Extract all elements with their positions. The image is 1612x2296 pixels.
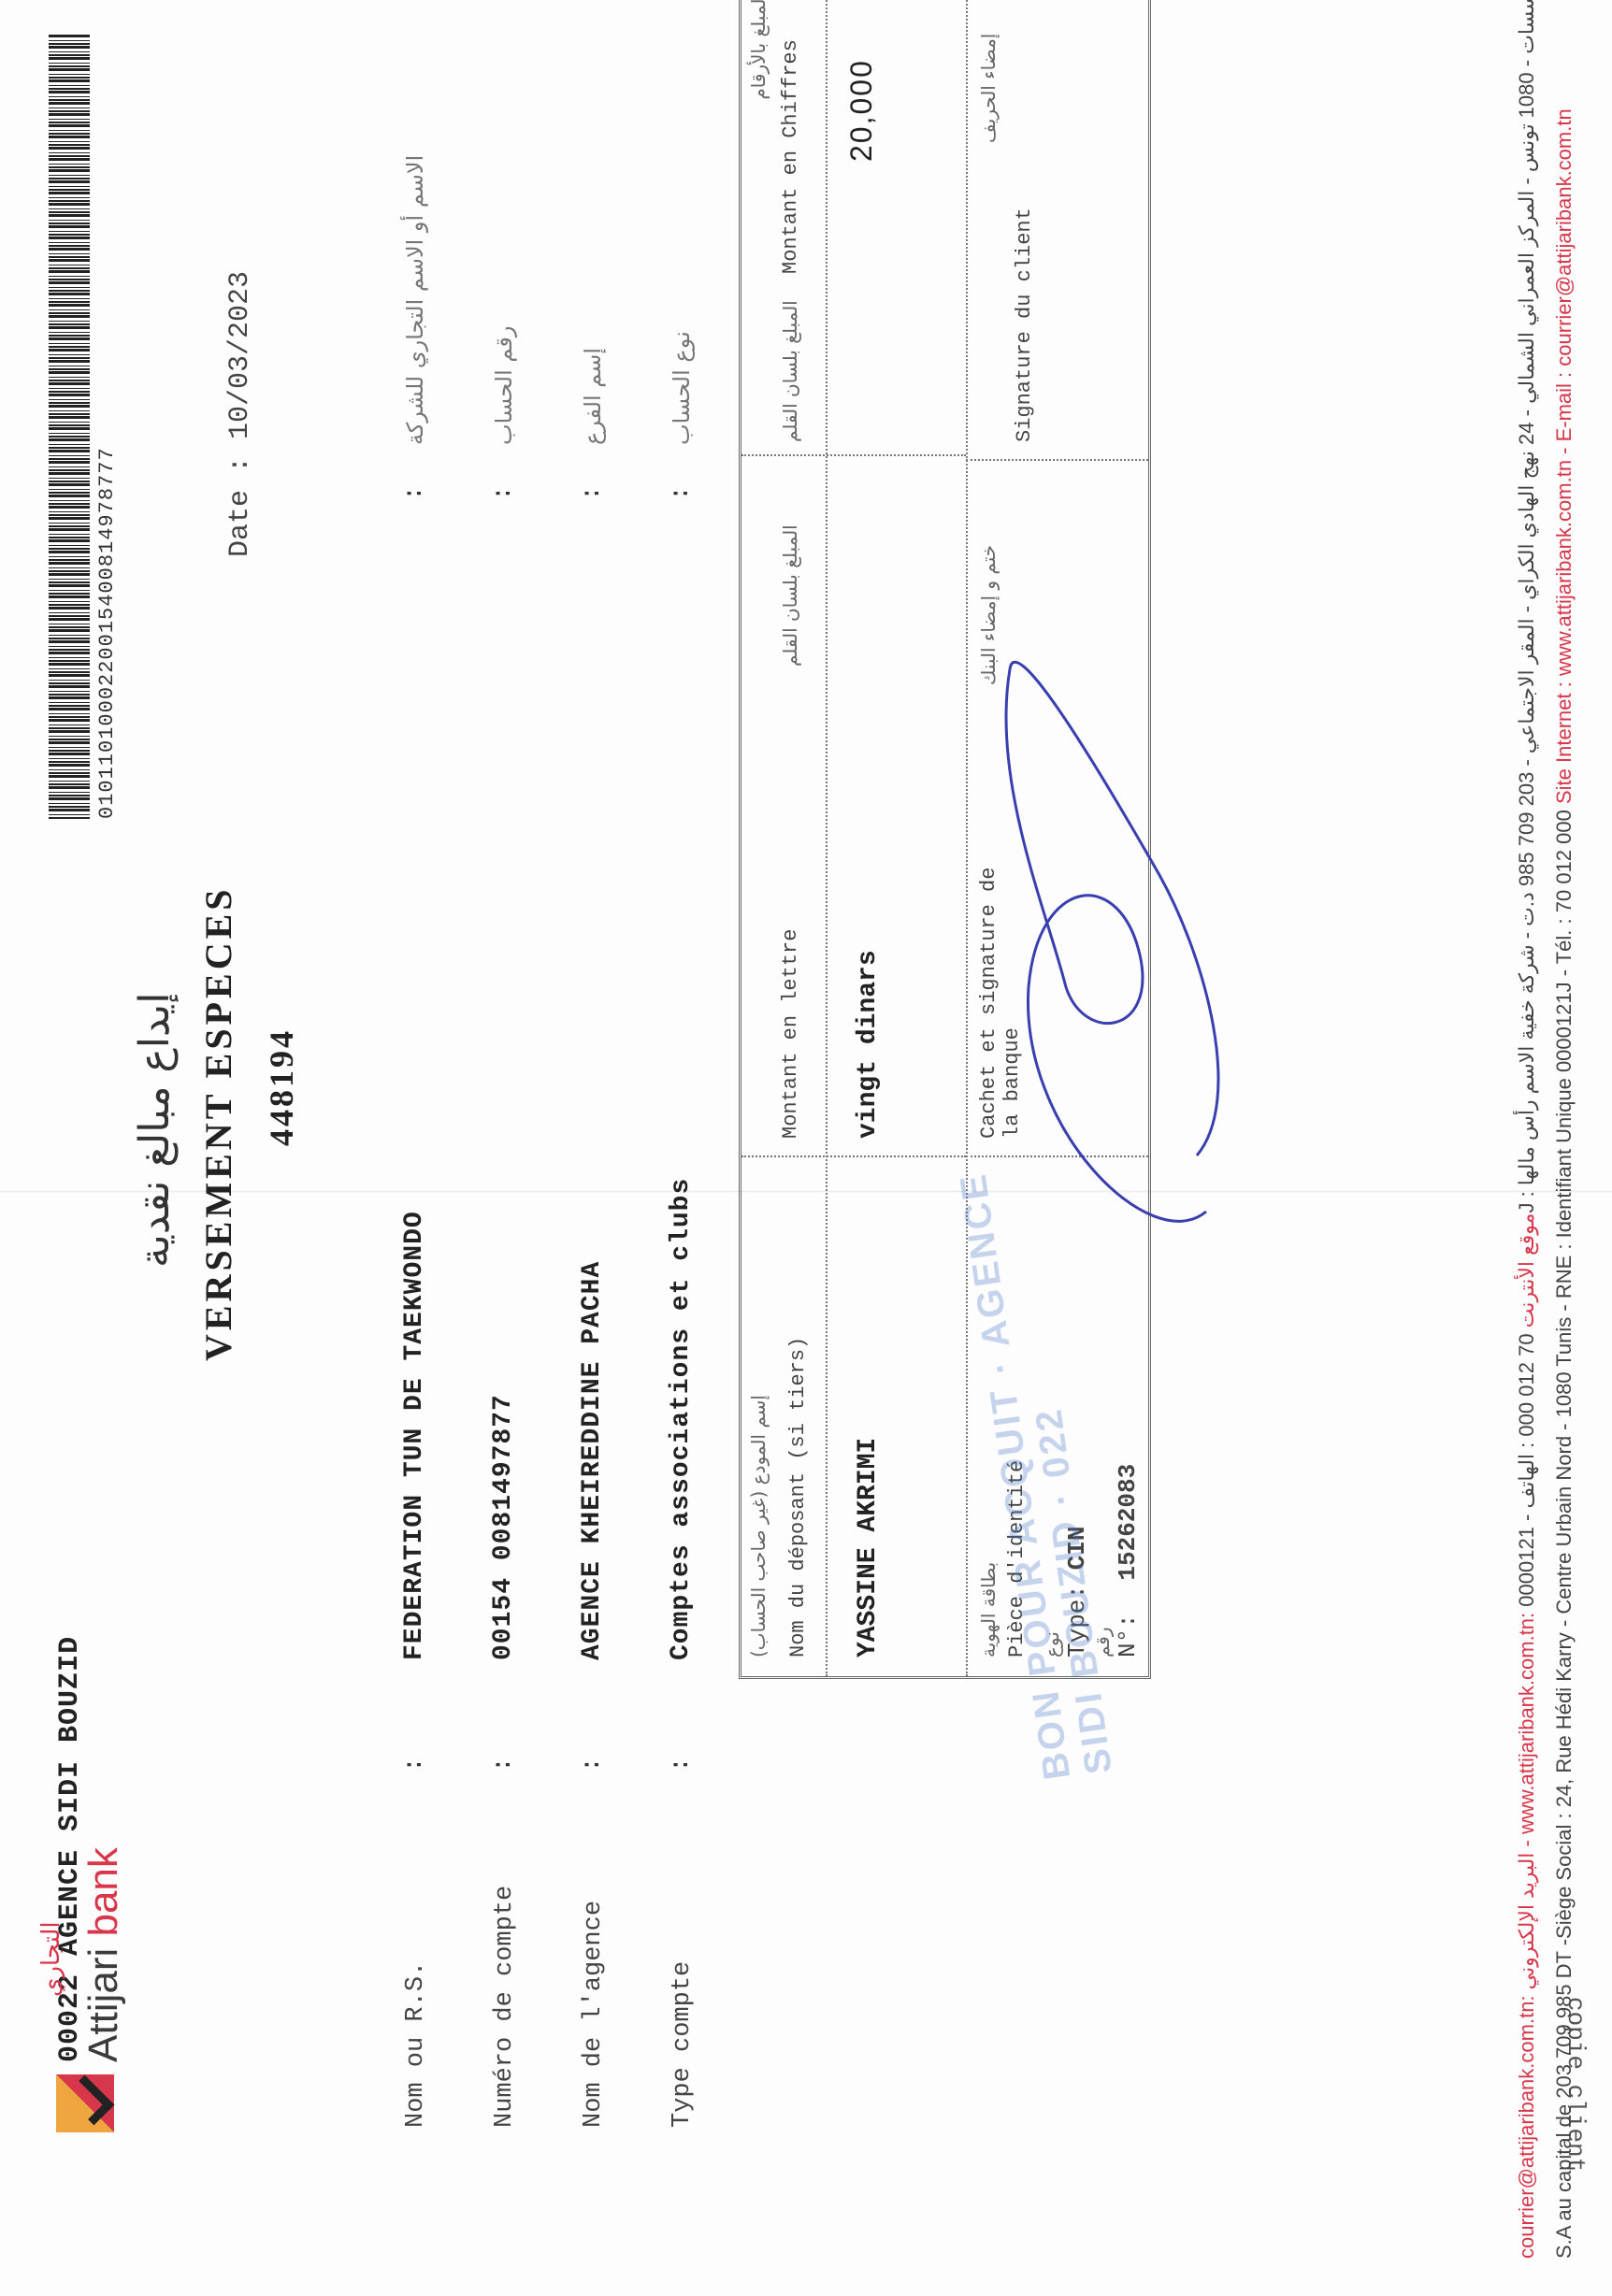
brand-arabic: التجاري: [37, 1921, 65, 1997]
field-colon-ar: :: [578, 485, 607, 501]
field-label: Nom ou R.S.: [402, 1961, 430, 2128]
amount-words-label-ar: المبلغ بلسان القلم: [779, 524, 801, 667]
field-colon-ar: :: [400, 485, 429, 501]
depositor-label: Nom du déposant (si tiers): [786, 1337, 810, 1657]
amount-figures-label: Montant en Chiffres: [779, 39, 802, 274]
date-label: Date: [224, 490, 256, 557]
id-label-ar: بطاقة الهوية: [977, 1562, 1000, 1657]
field-label-ar: رقم الحساب: [491, 326, 517, 445]
field-colon: :: [578, 1757, 607, 1772]
field-row: Nom de l'agence:AGENCE KHEIREDDINE PACHA…: [570, 24, 626, 2128]
footer-web-email: Site Internet : www.attijaribank.com.tn …: [1552, 108, 1576, 804]
amount-words: vingt dinars: [854, 950, 883, 1139]
footer-legal-arabic: 70 012 000 : الهاتف - 0000121J : المعرف …: [1515, 0, 1538, 1607]
field-value: AGENCE KHEIREDDINE PACHA: [578, 1261, 607, 1660]
footer-line-2: S.A au capital de 203 709 985 DT -Siège …: [1552, 108, 1576, 2259]
field-row: Type compte:Comptes associations et club…: [659, 24, 715, 2128]
field-colon-ar: :: [667, 485, 696, 501]
field-colon: :: [489, 1757, 518, 1772]
field-value: Comptes associations et clubs: [667, 1178, 696, 1660]
amount-figures-label-ar-1: المبلغ بلسان القلم: [779, 300, 801, 442]
field-label: Nom de l'agence: [580, 1901, 608, 2128]
page-title: VERSEMENT ESPECES: [196, 885, 240, 1361]
field-label-ar: إسم الفرع: [580, 348, 606, 445]
footer-legal: S.A au capital de 203 709 985 DT -Siège …: [1552, 810, 1576, 2259]
brand-part1: Attijari: [80, 1948, 126, 2062]
amount-figures: 20,000: [844, 59, 879, 162]
field-label: Type compte: [669, 1961, 697, 2128]
slip-number: 448194: [262, 1028, 301, 1146]
field-label-ar: الاسم أو الاسم التجاري للشركة: [402, 155, 428, 445]
field-colon-ar: :: [489, 485, 518, 501]
client-signature-label: Signature du client: [1013, 208, 1036, 442]
field-label-ar: نوع الحساب: [669, 331, 695, 445]
deposit-slip: 00022 AGENCE SIDI BOUZID Attijari bank ا…: [0, 0, 1612, 2296]
field-value: 00154 0081497877: [489, 1394, 518, 1660]
amount-words-label: Montant en lettre: [779, 929, 802, 1139]
brand-part2: bank: [80, 1847, 126, 1936]
client-signature-label-ar: إمضاء الحريف: [977, 34, 1000, 143]
footer-line-1: courrier@attijaribank.com.tn: البريد الإ…: [1515, 0, 1539, 2259]
field-value: FEDERATION TUN DE TAEKWONDO: [400, 1211, 429, 1660]
field-row: Numéro de compte:00154 0081497877:رقم ال…: [482, 24, 538, 2128]
depositor-name: YASSINE AKRIMI: [854, 1438, 883, 1657]
depositor-label-ar: إسم المودع (غير صاحب الحساب): [747, 1171, 770, 1657]
barcode: [49, 34, 90, 819]
amount-figures-label-ar: المبلغ بالأرقام: [747, 0, 770, 162]
date-field: Date : 10/03/2023: [224, 271, 256, 557]
barcode-number: 0101101000220015400814978777: [95, 447, 119, 819]
signature-scribble: [963, 613, 1281, 1268]
field-colon: :: [400, 1757, 429, 1772]
field-row: Nom ou R.S.:FEDERATION TUN DE TAEKWONDO:…: [393, 24, 449, 2128]
date-value: 10/03/2023: [224, 271, 256, 439]
field-label: Numéro de compte: [491, 1886, 519, 2128]
title-arabic: إيداع مبالغ نقدية: [131, 992, 179, 1268]
field-colon: :: [667, 1757, 696, 1772]
brand-name: Attijari bank: [80, 1847, 127, 2062]
